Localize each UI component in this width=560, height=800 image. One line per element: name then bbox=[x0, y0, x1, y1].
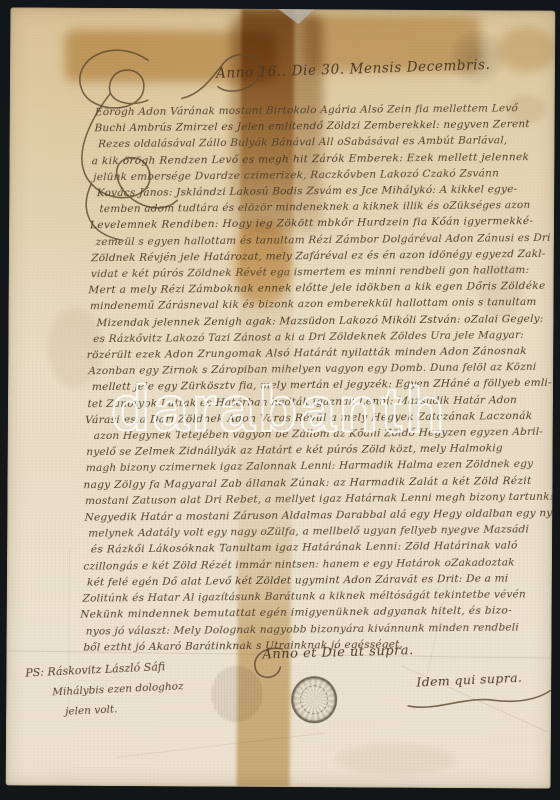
document-photo: Anno 16.. Die 30. Mensis Decembris. Eörö… bbox=[0, 0, 560, 800]
postscript-line: jelen volt. bbox=[65, 696, 185, 721]
signature-underline-swash bbox=[404, 686, 554, 713]
paper-tear-sliver bbox=[278, 9, 314, 24]
closing-dateline: Anno et Die ut supra. bbox=[262, 643, 414, 662]
manuscript-body: Eörögh Adon Várának mostani Birtokolo Ag… bbox=[81, 100, 547, 655]
round-seal bbox=[291, 676, 337, 723]
foxing-spot bbox=[336, 744, 456, 775]
stain-top-right-spot bbox=[498, 26, 555, 72]
crease-line bbox=[117, 732, 326, 757]
postscript-block: PS: Ráskovitz László SáfiMihálybis ezen … bbox=[25, 656, 185, 723]
paper: Anno 16.. Die 30. Mensis Decembris. Eörö… bbox=[6, 7, 556, 788]
